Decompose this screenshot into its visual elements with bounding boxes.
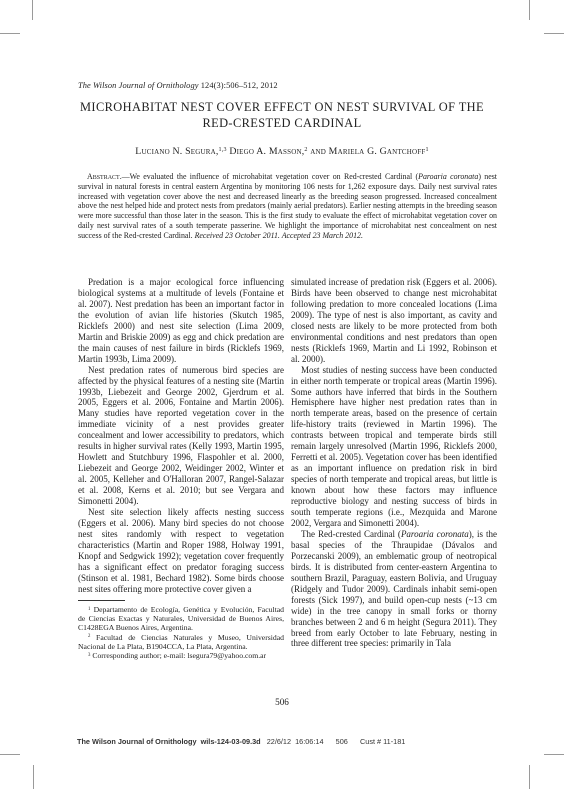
text-run: Facultad de Ciencias Naturales y Museo, … xyxy=(78,633,284,651)
page-number: 506 xyxy=(72,697,492,707)
text-run: Nest predation rates of numerous bird sp… xyxy=(78,365,284,506)
crop-mark-top-left-vertical xyxy=(32,0,33,20)
text-run: 124(3):506–512, 2012 xyxy=(199,81,278,90)
text-run: Abstract xyxy=(87,172,120,181)
text-run: Departamento de Ecología, Genética y Evo… xyxy=(78,605,284,633)
column-right: simulated increase of predation risk (Eg… xyxy=(291,277,497,660)
paragraph: simulated increase of predation risk (Eg… xyxy=(291,277,497,365)
paragraph: 1 Departamento de Ecología, Genética y E… xyxy=(78,605,284,633)
text-run: ), is the basal species of the Thraupida… xyxy=(291,529,497,649)
paragraph: 3 Corresponding author; e-mail: lsegura7… xyxy=(78,651,284,660)
paragraph: Nest site selection likely affects nesti… xyxy=(78,507,284,595)
footnote-rule xyxy=(78,600,125,601)
text-run: and Mariela G. Gantchoff xyxy=(308,146,426,157)
text-run: 1,3 xyxy=(219,147,227,153)
text-run: Nest site selection likely affects nesti… xyxy=(78,507,284,594)
crop-mark-top-right-horizontal xyxy=(544,33,564,34)
authors-line: Luciano N. Segura,1,3 Diego A. Masson,2 … xyxy=(72,146,492,157)
text-run: 1 xyxy=(425,147,428,153)
footnotes: 1 Departamento de Ecología, Genética y E… xyxy=(78,605,284,661)
text-run: Paroaria coronata xyxy=(418,172,478,181)
text-run: Diego A. Masson, xyxy=(227,146,305,157)
paper-title-line2: RED-CRESTED CARDINAL xyxy=(202,116,361,130)
column-left-paragraphs: Predation is a major ecological force in… xyxy=(78,277,284,595)
text-run: Most studies of nesting success have bee… xyxy=(291,365,497,528)
text-run: wils-124-03-09.3d xyxy=(201,737,261,746)
text-run: simulated increase of predation risk (Eg… xyxy=(291,277,497,364)
abstract: Abstract.—We evaluated the influence of … xyxy=(78,172,497,241)
body-columns: Predation is a major ecological force in… xyxy=(78,277,497,660)
paragraph: The Red-crested Cardinal (Paroaria coron… xyxy=(291,529,497,649)
paragraph: Nest predation rates of numerous bird sp… xyxy=(78,365,284,507)
crop-mark-top-left-horizontal xyxy=(0,33,20,34)
text-run: Received 23 October 2011. Accepted 23 Ma… xyxy=(195,231,363,240)
text-run: The Wilson Journal of Ornithology xyxy=(78,81,199,90)
text-run: Paroaria coronata xyxy=(401,529,469,539)
running-head: The Wilson Journal of Ornithology 124(3)… xyxy=(78,81,278,90)
paper-title-line1: MICROHABITAT NEST COVER EFFECT ON NEST S… xyxy=(80,100,484,114)
column-right-paragraphs: simulated increase of predation risk (Eg… xyxy=(291,277,497,649)
crop-mark-top-right-vertical xyxy=(529,0,530,20)
journal-page: The Wilson Journal of Ornithology 124(3)… xyxy=(0,0,564,789)
text-run: The Wilson Journal of Ornithology xyxy=(77,737,197,746)
text-run: 2 xyxy=(304,147,307,153)
paragraph: Predation is a major ecological force in… xyxy=(78,277,284,365)
typesetter-footer: The Wilson Journal of Ornithology wils-1… xyxy=(77,737,405,746)
text-run: Luciano N. Segura, xyxy=(135,146,218,157)
text-run: Corresponding author; e-mail: lsegura79@… xyxy=(90,651,266,660)
text-run: ) nest survival in natural forests in ce… xyxy=(78,172,497,240)
paragraph: 2 Facultad de Ciencias Naturales y Museo… xyxy=(78,633,284,652)
text-run: 22/6/12 16:06:14 506 Cust # 11-181 xyxy=(261,737,406,746)
column-left: Predation is a major ecological force in… xyxy=(78,277,284,660)
text-run: Predation is a major ecological force in… xyxy=(78,277,284,364)
crop-mark-bottom-right-vertical xyxy=(529,765,530,789)
text-run: .—We evaluated the influence of microhab… xyxy=(120,172,418,181)
crop-mark-bottom-right-horizontal xyxy=(544,754,564,755)
paper-title: MICROHABITAT NEST COVER EFFECT ON NEST S… xyxy=(72,100,492,131)
paragraph: Most studies of nesting success have bee… xyxy=(291,365,497,529)
crop-mark-bottom-left-horizontal xyxy=(0,754,20,755)
crop-mark-bottom-left-vertical xyxy=(33,765,34,789)
text-run: The Red-crested Cardinal ( xyxy=(301,529,401,539)
